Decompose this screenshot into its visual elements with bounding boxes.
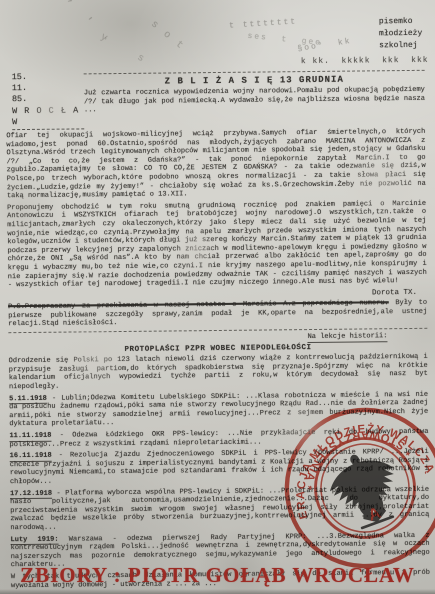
masthead-subtitle: pisemko młodzieży szkolnej (379, 16, 423, 52)
article-lead: Już czwarta rocznica wypowiedzenia wojny… (84, 86, 425, 115)
issue-date: 15. 11. 85. (12, 71, 84, 105)
article-paragraph: Proponujemy obchodzić w tym roku smutną … (7, 200, 427, 290)
date-title-row: 15. 11. 85. W R O C Ł A W Z B L I Ż A S … (0, 68, 433, 131)
postscript: P.S.Przepraszamy za przekłamania w nasze… (8, 299, 427, 329)
history-intro: Odrodzenie się Polski po 123 latach niew… (9, 353, 428, 392)
article-paragraph: Ofiar tej okupacji wojskowo-milicyjnej w… (6, 128, 426, 201)
typewriter-smudge: s o t (148, 19, 186, 53)
collection-caption: ZBIORY : PIOTR GOŁĄB WROCŁAW (0, 563, 435, 588)
scan-edge-shadow (0, 589, 435, 594)
page-header: t tttttttt ses t gee §oo° kk s o t , ' `… (0, 0, 432, 58)
typewriter-smudge: t tttttttt (229, 17, 297, 30)
typewriter-smudge: y s (98, 32, 152, 69)
date-block: 15. 11. 85. W R O C Ł A W (0, 71, 84, 130)
issue-city: W R O C Ł A W (12, 105, 84, 130)
title-column: Z B L I Ż A S I Ę 13 GRUDNIA Już czwarta… (84, 68, 434, 130)
scanned-document-page: t tttttttt ses t gee §oo° kk s o t , ' `… (0, 0, 435, 594)
typewriter-k-row: k kk. kkkkk kkk kkk (301, 56, 429, 66)
